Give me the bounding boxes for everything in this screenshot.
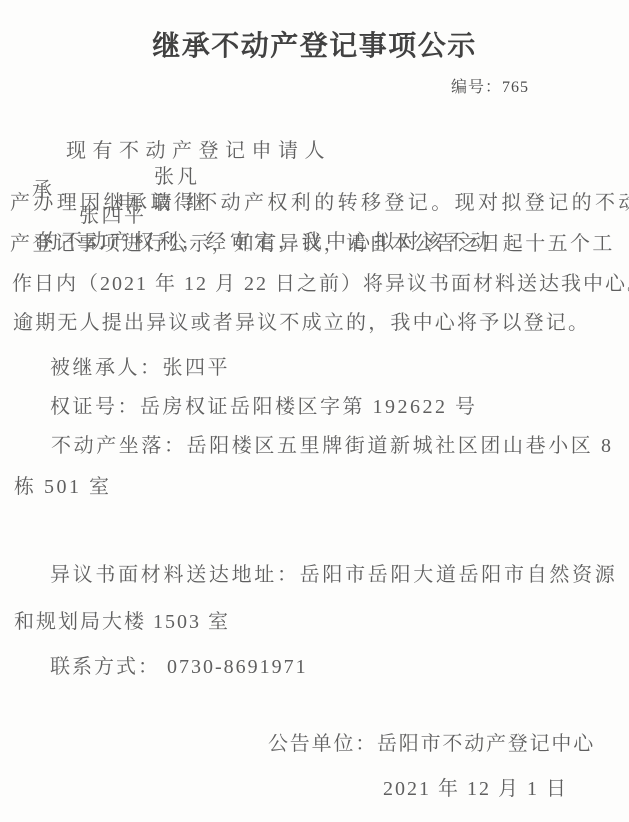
certificate-number-line: 权证号：岳房权证岳阳楼区字第 192622 号 [50,394,478,420]
property-location-line-1: 不动产坐落：岳阳楼区五里牌街道新城社区团山巷小区 8 [51,433,614,459]
date-line: 2021 年 12 月 1 日 [383,776,568,802]
paragraph-line-2: 承 张四平 的不动产权利，经审定，我中心拟对该不动 [12,151,494,281]
notice-document: 继承不动产登记事项公示 编号：765 现有不动产登记申请人 张凡 申请继 承 张… [0,0,629,822]
property-location-line-2: 栋 501 室 [14,474,112,500]
notice-title: 继承不动产登记事项公示 [0,24,629,64]
paragraph-line-4: 产登记事项进行公示，如有异议，请自本公告之日起十五个工 [10,231,615,257]
paragraph-line-5: 作日内（2021 年 12 月 22 日之前）将异议书面材料送达我中心。 [12,271,629,297]
objection-address-line-1: 异议书面材料送达地址：岳阳市岳阳大道岳阳市自然资源 [50,562,618,588]
doc-number: 编号：765 [451,74,529,97]
paragraph-line-6: 逾期无人提出异议或者异议不成立的，我中心将予以登记。 [13,310,590,336]
paragraph-line-3: 产办理因继承取得不动产权利的转移登记。现对拟登记的不动 [10,190,629,216]
issuer-line: 公告单位：岳阳市不动产登记中心 [268,731,595,757]
decedent-line: 被继承人：张四平 [50,355,230,381]
contact-line: 联系方式： 0730-8691971 [50,654,308,680]
objection-address-line-2: 和规划局大楼 1503 室 [14,609,230,635]
